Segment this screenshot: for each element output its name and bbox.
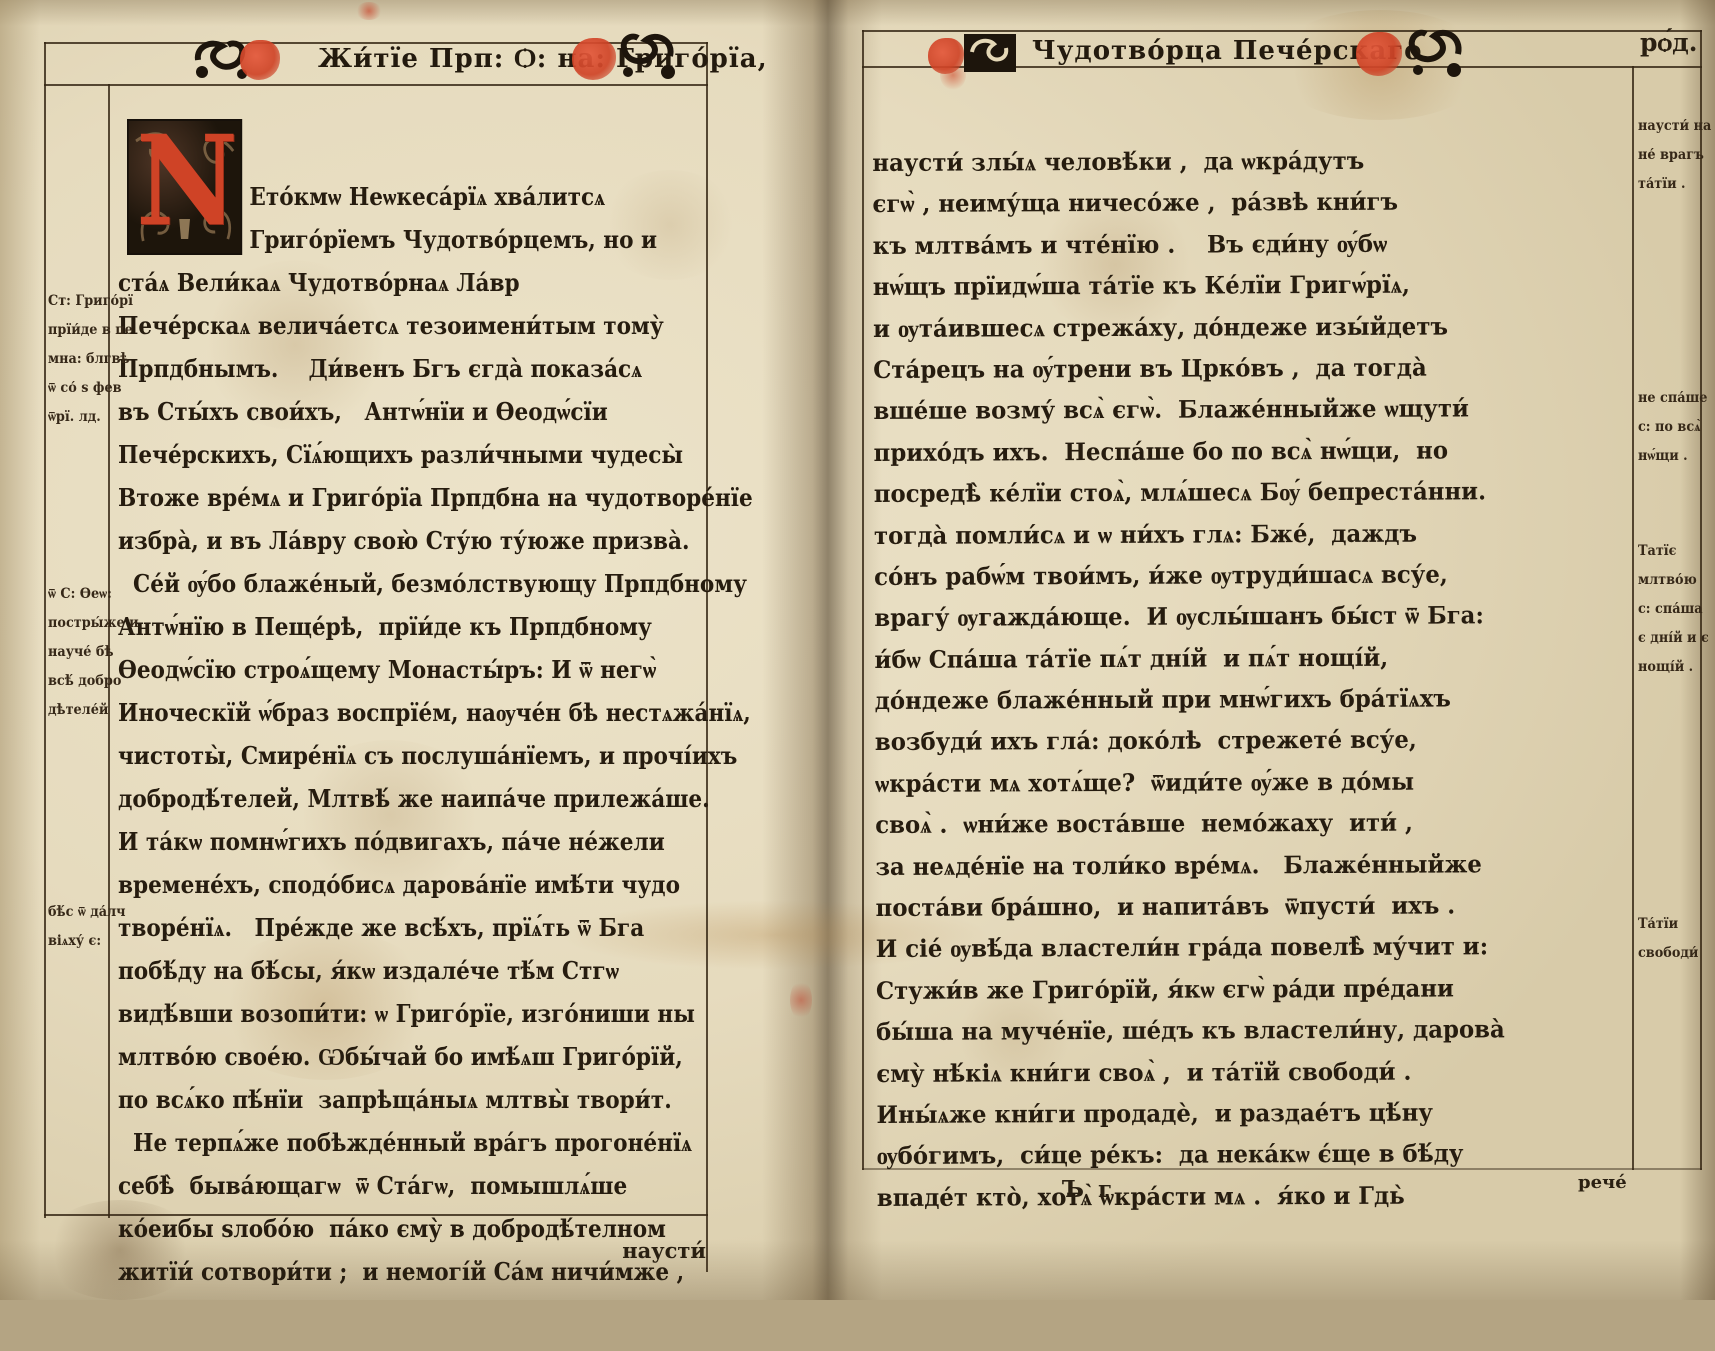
- margin-note-line: ѿ С: Ѳеѡ:: [48, 580, 139, 609]
- margin-note-lines: наусти́ нане́ врагъта́тїи .: [1638, 112, 1711, 199]
- margin-note-line: с: спа́ша: [1638, 595, 1709, 624]
- text-line: себѣ̀ быва́ющагѡ ѿ Ста́гѡ, помышлѧ́ше: [118, 1164, 712, 1207]
- margin-note: наусти́ нане́ врагъта́тїи .: [1638, 80, 1711, 231]
- margin-note: Та́тїисвободи́: [1638, 878, 1698, 1000]
- margin-note-line: ѿрї. лд.: [48, 403, 133, 432]
- frame-rule: [862, 30, 864, 1170]
- text-line: своѧ̀ . ѡни́же воста́вше немо́жаху ити́ …: [875, 801, 1635, 846]
- text-line: видѣ́вши возопи́ти: ѡ Григо́рїе, изго́ни…: [118, 992, 712, 1035]
- margin-note-line: Та́тїи: [1638, 910, 1698, 939]
- text-line: Пече́рскаѧ велича́етсѧ тезоимени́тым том…: [118, 304, 712, 347]
- text-line: ста́ѧ Вели́каѧ Чудотво́рнаѧ Ла́вр: [118, 261, 712, 304]
- text-line: Прпдбнымъ. Ди́венъ Бгъ єгда̀ показа́сѧ: [118, 347, 712, 390]
- text-line: по всѧ́ко пѣ́нїи запрѣща́ныѧ млтвы̀ твор…: [118, 1078, 712, 1121]
- red-ornament-blob: [240, 40, 280, 80]
- text-line: впаде́т кто̀, хотѧ̀ ѡкра́сти мѧ . я́ко и…: [877, 1173, 1637, 1218]
- margin-note-line: прїи́де в пе: [48, 316, 133, 345]
- text-line: ѹбо́гимъ, си́це ре́къ: да нека́кѡ є́ще в…: [877, 1132, 1637, 1177]
- floral-ornament-icon: [612, 28, 678, 82]
- quire-signature: Ъ г: [1062, 1176, 1115, 1203]
- text-line: въ Сты́хъ свои́хъ, Антѡ́нїи и Ѳеодѡ́сїи: [118, 390, 712, 433]
- text-line: добродѣ́телей, Млтвѣ́ же наипа́че прилеж…: [118, 777, 712, 820]
- text-line: Втоже вре́мѧ и Григо́рїа Прпдбна на чудо…: [118, 476, 712, 519]
- text-line: єгѡ̀ , неиму́ща ничесо́же , ра́звѣ кни́г…: [872, 180, 1632, 225]
- catchword: наусти́: [586, 1238, 706, 1263]
- margin-note-line: наусти́ на: [1638, 112, 1711, 141]
- margin-note-line: нѡ́щи .: [1638, 442, 1707, 471]
- margin-note-line: науче́ бѣ: [48, 638, 139, 667]
- text-line: прихо́дъ ихъ. Неспа́ше бо по всѧ̀ нѡ́щи,…: [874, 428, 1634, 473]
- text-line: бы́ша на муче́нїе, ше́дъ къ властели́ну,…: [876, 1008, 1636, 1053]
- text-line: со́нъ рабѡ́м твои́мъ, и́же ѹтруди́шасѧ в…: [874, 553, 1634, 598]
- margin-note-line: постры́же и: [48, 609, 139, 638]
- margin-note: Ст: Григо́рїпрїи́де в пемна: блгвѣѿ со́ …: [48, 255, 133, 464]
- text-line: ѡкра́сти мѧ хотѧ́ще? ѿиди́те ѹ́же в до́м…: [875, 760, 1635, 805]
- text-line: Ѳеодѡ́сїю строѧ́щему Монасты́ръ: И ѿ нег…: [118, 648, 712, 691]
- margin-note-line: не спа́ше: [1638, 384, 1707, 413]
- margin-note-line: є дні́й и є: [1638, 624, 1709, 653]
- margin-note-lines: ѿ С: Ѳеѡ:постры́же инауче́ бѣвсѣ́ доброд…: [48, 580, 139, 725]
- text-line: Пече́рскихъ, Сїѧ́ющихъ разли́чными чудес…: [118, 433, 712, 476]
- book-scan: Жи́тїе Прп: Ѻ: на: Григо́рїа, Чудотво́рц…: [0, 0, 1715, 1300]
- body-lines-left: Ето́кмѡ Неѡкеса́рїѧ хва́литсѧГриго́рїемъ…: [118, 175, 712, 1293]
- page-edge-shadow: [0, 0, 1715, 26]
- text-line: Се́й ѹ́бо блаже́ный, безмо́лствующу Прпд…: [118, 562, 712, 605]
- text-line: Ины́ѧже кни́ги продадѐ, и раздае́тъ цѣ́н…: [876, 1091, 1636, 1136]
- text-line: къ млтва́мъ и чте́нїю . Въ єди́ну ѹ́бѡ: [873, 221, 1633, 266]
- book-gutter-shadow: [762, 0, 882, 1300]
- red-ornament-blob: [928, 38, 964, 74]
- text-line: до́ндеже блаже́нный при мнѡ́гихъ бра́тїѧ…: [875, 677, 1635, 722]
- body-text-right: наусти́ злы́ѧ человѣ́ки , да ѡкра́дутъєг…: [872, 81, 1637, 1276]
- margin-note-line: всѣ́ добро: [48, 667, 139, 696]
- margin-note: не спа́шес: по всѧ̀нѡ́щи .: [1638, 352, 1707, 503]
- margin-note-line: бѣ́с ѿ да́лч: [48, 898, 126, 927]
- text-line: тогда̀ помли́сѧ и ѡ ни́хъ глѧ: Бже́, даж…: [874, 511, 1634, 556]
- margin-note-line: та́тїи .: [1638, 170, 1711, 199]
- folio-number: рѻ́д.: [1640, 28, 1697, 58]
- text-line: Ста́рецъ на ѹ́трени въ Црко́въ , да тогд…: [873, 346, 1633, 391]
- margin-note: бѣ́с ѿ да́лчвіѧху́ є:: [48, 866, 126, 988]
- text-line: Антѡ́нїю в Пеще́рѣ, прїи́де къ Прпдбному: [118, 605, 712, 648]
- margin-note: Татїємлтво́юс: спа́шає дні́й и єнощі́й .: [1638, 505, 1709, 714]
- running-title-left: Жи́тїе Прп: Ѻ: на: Григо́рїа,: [318, 44, 768, 74]
- margin-note-line: Ст: Григо́рї: [48, 287, 133, 316]
- text-line: побѣ́ду на бѣ́сы, я́кѡ издале́че тѣ́м Ст…: [118, 949, 712, 992]
- text-line: єму̀ нѣ́кіѧ кни́ги своѧ̀ , и та́тїй своб…: [876, 1049, 1636, 1094]
- text-line: чистоты̀, Смире́нїѧ съ послуша́нїемъ, и …: [118, 734, 712, 777]
- margin-note-line: не́ врагъ: [1638, 141, 1711, 170]
- body-text-left: N Ето́кмѡ Неѡкеса́рїѧ хва́литсѧГриго́рїе…: [118, 88, 712, 1300]
- text-line: поста́ви бра́шно, и напита́въ ѿпусти́ их…: [876, 884, 1636, 929]
- frame-rule: [44, 84, 708, 86]
- floral-ornament-icon: [1400, 24, 1466, 80]
- text-line: нѡ́щъ прїидѡ́ша та́тїе къ Ке́лїи Григѡ́р…: [873, 263, 1633, 308]
- drop-cap-initial: N: [136, 109, 233, 254]
- margin-note-line: свободи́: [1638, 939, 1698, 968]
- text-line: И та́кѡ помнѡ́гихъ по́двигахъ, па́че не́…: [118, 820, 712, 863]
- margin-note-lines: не спа́шес: по всѧ̀нѡ́щи .: [1638, 384, 1707, 471]
- drop-cap-block: N: [129, 121, 241, 253]
- text-line: творе́нїѧ. Пре́жде же всѣ́хъ, прїѧ́ть ѿ …: [118, 906, 712, 949]
- text-line: избра̀, и въ Ла́вру свою̀ Сту́ю ту́юже п…: [118, 519, 712, 562]
- text-line: и ѹта́ившесѧ стрежа́ху, до́ндеже изы́йде…: [873, 304, 1633, 349]
- text-line: Стужи́в же Григо́рїй, я́кѡ єгѡ̀ ра́ди пр…: [876, 966, 1636, 1011]
- frame-rule: [44, 42, 46, 1218]
- red-stain: [356, 2, 382, 20]
- text-line: возбуди́ ихъ гла́: доко́лѣ стрежете́ всу…: [875, 718, 1635, 763]
- text-line: вше́ше возму́ всѧ̀ єгѡ̀. Блаже́нныйже ѡщ…: [873, 387, 1633, 432]
- text-line: Иноческїй ѡ́браз воспрїе́м, наѹче́н бѣ н…: [118, 691, 712, 734]
- page-edge-shadow: [0, 0, 40, 1300]
- margin-note-line: віѧху́ є:: [48, 927, 126, 956]
- margin-bottom-note: рече́: [1578, 1172, 1627, 1193]
- margin-note-lines: Та́тїисвободи́: [1638, 910, 1698, 968]
- body-lines-right: наусти́ злы́ѧ человѣ́ки , да ѡкра́дутъєг…: [872, 139, 1637, 1218]
- text-line: времене́хъ, сподо́бисѧ дарова́нїе имѣ́ти…: [118, 863, 712, 906]
- text-line: И сіе́ ѹвѣ́да властели́н гра́да повелѣ̀ …: [876, 925, 1636, 970]
- text-line: Не терпѧ́же побѣжде́нный вра́гъ прогоне́…: [118, 1121, 712, 1164]
- margin-note-line: млтво́ю: [1638, 566, 1709, 595]
- margin-note: ѿ С: Ѳеѡ:постры́же инауче́ бѣвсѣ́ доброд…: [48, 548, 139, 757]
- text-line: млтво́ю свое́ю. Ѡбы́чай бо имѣ́ѧш Григо́…: [118, 1035, 712, 1078]
- margin-note-line: с: по всѧ̀: [1638, 413, 1707, 442]
- red-stain: [790, 980, 812, 1020]
- text-line: наусти́ злы́ѧ человѣ́ки , да ѡкра́дутъ: [872, 139, 1632, 184]
- margin-note-line: Татїє: [1638, 537, 1709, 566]
- margin-note-lines: бѣ́с ѿ да́лчвіѧху́ є:: [48, 898, 126, 956]
- margin-note-lines: Татїємлтво́юс: спа́шає дні́й и єнощі́й .: [1638, 537, 1709, 682]
- text-line: врагу́ ѹгажда́юще. И ѹслы́шанъ бы́ст ѿ Б…: [874, 594, 1634, 639]
- margin-note-lines: Ст: Григо́рїпрїи́де в пемна: блгвѣѿ со́ …: [48, 287, 133, 432]
- floral-ornament-icon: [962, 30, 1018, 74]
- text-line: и́бѡ Спа́ша та́тїе пѧ́т дні́й и пѧ́т нощ…: [874, 635, 1634, 680]
- margin-note-line: нощі́й .: [1638, 653, 1709, 682]
- margin-note-line: дѣтеле́й: [48, 696, 139, 725]
- text-line: посредѣ̀ ке́лїи стоѧ̀, млѧ́шесѧ Бѹ́ бепр…: [874, 470, 1634, 515]
- margin-note-line: мна: блгвѣ: [48, 345, 133, 374]
- red-ornament-blob: [1356, 32, 1402, 76]
- text-line: за неѧде́нїе на толи́ко вре́мѧ. Блаже́нн…: [875, 842, 1635, 887]
- margin-note-line: ѿ со́ ѕ фев: [48, 374, 133, 403]
